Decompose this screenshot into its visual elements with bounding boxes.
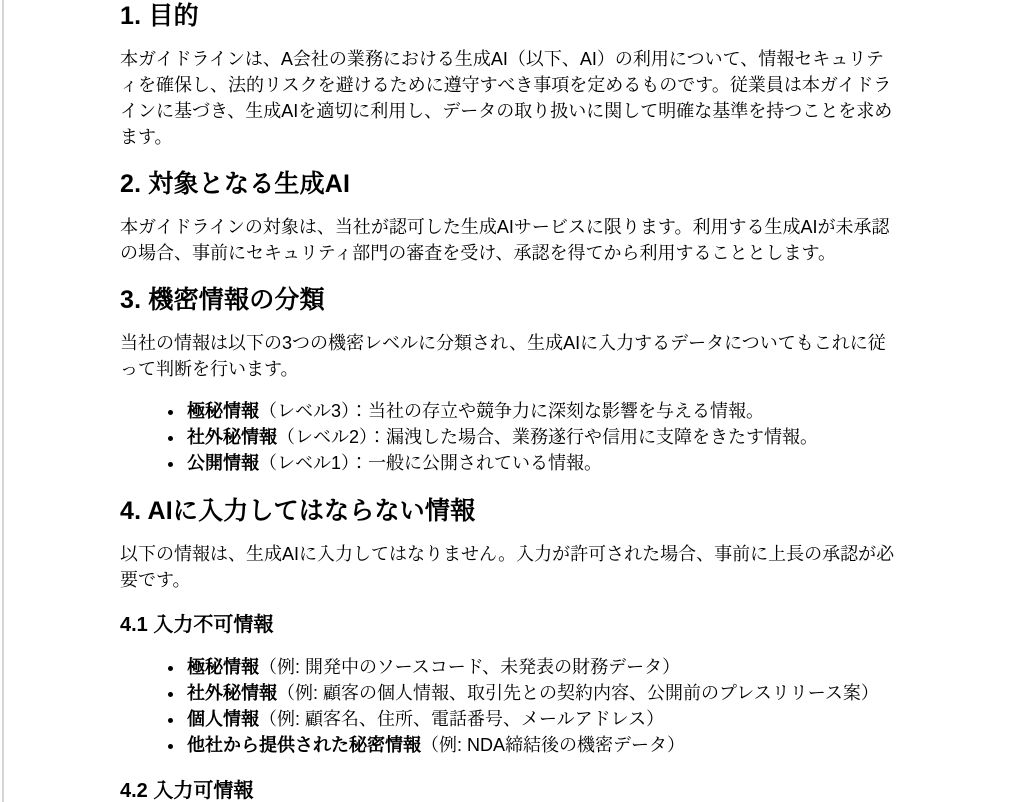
list-item-text: （レベル3）：当社の存立や競争力に深刻な影響を与える情報。 [259,401,764,421]
list-item: 社外秘情報（レベル2）：漏洩した場合、業務遂行や信用に支障をきたす情報。 [185,424,897,450]
list-item-text: （レベル2）：漏洩した場合、業務遂行や信用に支障をきたす情報。 [277,427,818,447]
subsection-heading-4-2: 4.2 入力可情報 [120,778,897,802]
section-heading-2: 2. 対象となる生成AI [120,169,897,199]
list-item: 極秘情報（例: 開発中のソースコード、未発表の財務データ） [185,654,897,680]
list-item: 個人情報（例: 顧客名、住所、電話番号、メールアドレス） [185,706,897,732]
document-body: 1. 目的 本ガイドラインは、A会社の業務における生成AI（以下、AI）の利用に… [0,0,1023,802]
list-item-text: （例: 顧客名、住所、電話番号、メールアドレス） [259,709,664,729]
list-item-term: 他社から提供された秘密情報 [187,735,421,755]
section-2-paragraph: 本ガイドラインの対象は、当社が認可した生成AIサービスに限ります。利用する生成A… [120,214,897,266]
subsection-heading-4-1: 4.1 入力不可情報 [120,612,897,638]
list-item-text: （例: NDA締結後の機密データ） [421,735,685,755]
list-item: 公開情報（レベル1）：一般に公開されている情報。 [185,450,897,476]
section-4-paragraph: 以下の情報は、生成AIに入力してはなりません。入力が許可された場合、事前に上長の… [120,541,897,593]
section-heading-3: 3. 機密情報の分類 [120,285,897,315]
section-heading-4: 4. AIに入力してはならない情報 [120,496,897,526]
list-item-text: （例: 顧客の個人情報、取引先との契約内容、公開前のプレスリリース案） [277,683,879,703]
list-item-term: 個人情報 [187,709,259,729]
list-item-term: 極秘情報 [187,657,259,677]
prohibited-input-list: 極秘情報（例: 開発中のソースコード、未発表の財務データ） 社外秘情報（例: 顧… [120,654,897,758]
list-item-term: 極秘情報 [187,401,259,421]
list-item: 他社から提供された秘密情報（例: NDA締結後の機密データ） [185,732,897,758]
section-3-paragraph: 当社の情報は以下の3つの機密レベルに分類され、生成AIに入力するデータについても… [120,330,897,382]
list-item-text: （レベル1）：一般に公開されている情報。 [259,453,602,473]
list-item-term: 社外秘情報 [187,427,277,447]
document-page: { "page": { "background": "#ffffff", "te… [0,0,1023,802]
classification-list: 極秘情報（レベル3）：当社の存立や競争力に深刻な影響を与える情報。 社外秘情報（… [120,398,897,476]
section-1-paragraph: 本ガイドラインは、A会社の業務における生成AI（以下、AI）の利用について、情報… [120,46,897,150]
list-item-term: 公開情報 [187,453,259,473]
list-item-term: 社外秘情報 [187,683,277,703]
list-item: 社外秘情報（例: 顧客の個人情報、取引先との契約内容、公開前のプレスリリース案） [185,680,897,706]
section-heading-1: 1. 目的 [120,1,897,31]
list-item: 極秘情報（レベル3）：当社の存立や競争力に深刻な影響を与える情報。 [185,398,897,424]
list-item-text: （例: 開発中のソースコード、未発表の財務データ） [259,657,680,677]
